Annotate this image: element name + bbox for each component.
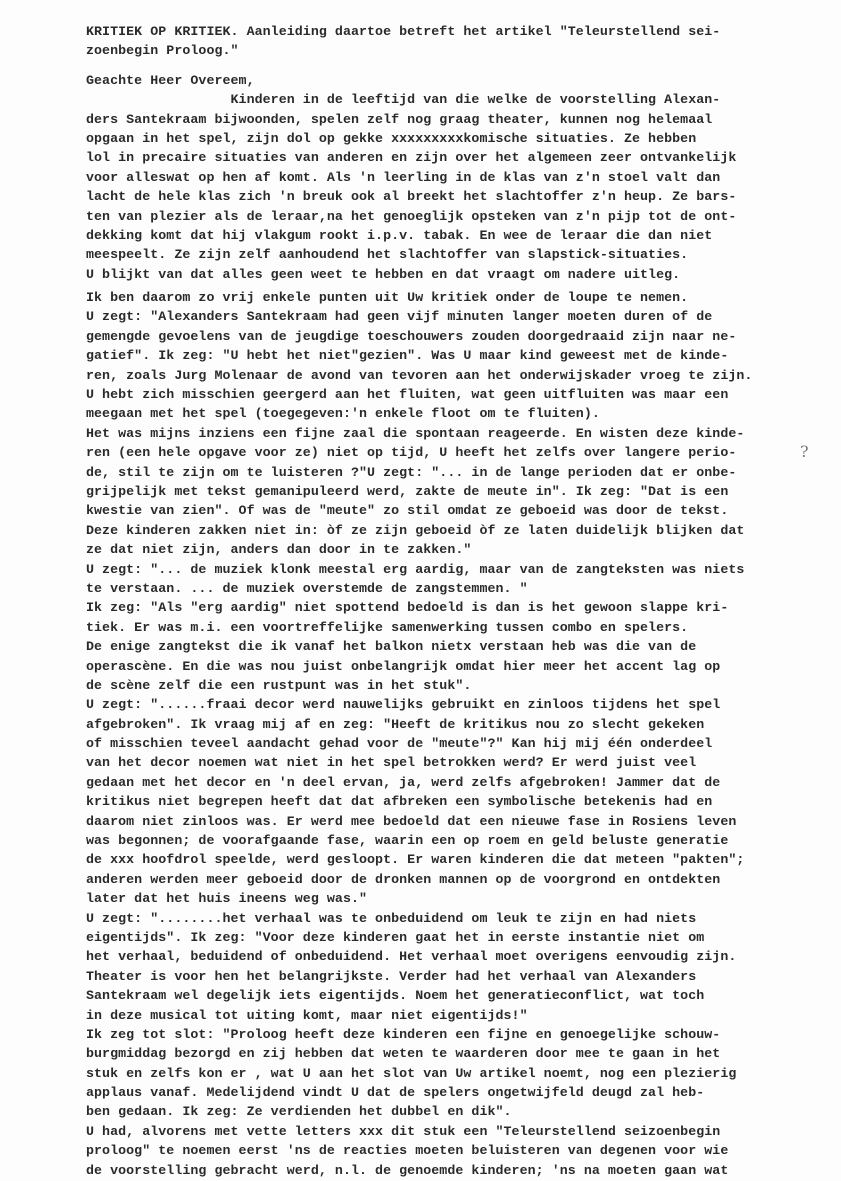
text-line: U hebt zich misschien geergerd aan het f… <box>86 385 806 404</box>
text-line: Ik zeg: "Als "erg aardig" niet spottend … <box>86 598 806 617</box>
text-line: Ik zeg tot slot: "Proloog heeft deze kin… <box>86 1025 806 1044</box>
text-line: de scène zelf die een rustpunt was in he… <box>86 676 806 695</box>
text-line: kritikus niet begrepen heeft dat dat afb… <box>86 792 806 811</box>
text-line: burgmiddag bezorgd en zij hebben dat wet… <box>86 1044 806 1063</box>
text-line: de xxx hoofdrol speelde, werd gesloopt. … <box>86 850 806 869</box>
text-line: opgaan in het spel, zijn dol op gekke xx… <box>86 129 806 148</box>
typewritten-letter: KRITIEK OP KRITIEK. Aanleiding daartoe b… <box>86 22 806 1180</box>
text-line: ren, zoals Jurg Molenaar de avond van te… <box>86 366 806 385</box>
text-line: Santekraam wel degelijk iets eigentijds.… <box>86 986 806 1005</box>
text-line: grijpelijk met tekst gemanipuleerd werd,… <box>86 482 806 501</box>
text-line: De enige zangtekst die ik vanaf het balk… <box>86 637 806 656</box>
text-line: gatief". Ik zeg: "U hebt het niet"gezien… <box>86 346 806 365</box>
text-line: U zegt: "... de muziek klonk meestal erg… <box>86 560 806 579</box>
text-line: ders Santekraam bijwoonden, spelen zelf … <box>86 110 806 129</box>
text-line: stuk en zelfs kon er , wat U aan het slo… <box>86 1064 806 1083</box>
text-line: Theater is voor hen het belangrijkste. V… <box>86 967 806 986</box>
text-line: tiek. Er was m.i. een voortreffelijke sa… <box>86 618 806 637</box>
paragraph-gap <box>86 61 806 71</box>
text-line: de, stil te zijn om te luisteren ?"U zeg… <box>86 463 806 482</box>
text-line: eigentijds". Ik zeg: "Voor deze kinderen… <box>86 928 806 947</box>
text-line: anderen werden meer geboeid door de dron… <box>86 870 806 889</box>
text-line: proloog" te noemen eerst 'ns de reacties… <box>86 1141 806 1160</box>
text-line: U zegt: "Alexanders Santekraam had geen … <box>86 307 806 326</box>
text-line: Deze kinderen zakken niet in: òf ze zijn… <box>86 521 806 540</box>
text-line: te verstaan. ... de muziek overstemde de… <box>86 579 806 598</box>
text-line: U zegt: "......fraai decor werd nauwelij… <box>86 695 806 714</box>
text-line: meegaan met het spel (toegegeven:'n enke… <box>86 404 806 423</box>
text-line: kwestie van zien". Of was de "meute" zo … <box>86 501 806 520</box>
text-line: dekking komt dat hij vlakgum rookt i.p.v… <box>86 226 806 245</box>
text-line: U blijkt van dat alles geen weet te hebb… <box>86 265 806 284</box>
text-line: ren (een hele opgave voor ze) niet op ti… <box>86 443 806 462</box>
text-line: Het was mijns inziens een fijne zaal die… <box>86 424 806 443</box>
text-line: van het decor noemen wat niet in het spe… <box>86 753 806 772</box>
text-line: U had, alvorens met vette letters xxx di… <box>86 1122 806 1141</box>
text-line: of misschien teveel aandacht gehad voor … <box>86 734 806 753</box>
text-line: lacht de hele klas zich 'n breuk ook al … <box>86 187 806 206</box>
document-page: KRITIEK OP KRITIEK. Aanleiding daartoe b… <box>0 0 841 1181</box>
text-line: meespeelt. Ze zijn zelf aanhoudend het s… <box>86 245 806 264</box>
text-line: gemengde gevoelens van de jeugdige toesc… <box>86 327 806 346</box>
text-line: Ik ben daarom zo vrij enkele punten uit … <box>86 288 806 307</box>
text-line: voor alleswat op hen af komt. Als 'n lee… <box>86 168 806 187</box>
text-line: daarom niet zinloos was. Er werd mee bed… <box>86 812 806 831</box>
text-line: Kinderen in de leeftijd van die welke de… <box>86 90 806 109</box>
text-line: het verhaal, beduidend of onbeduidend. H… <box>86 947 806 966</box>
text-line: was begonnen; de voorafgaande fase, waar… <box>86 831 806 850</box>
text-line: lol in precaire situaties van anderen en… <box>86 148 806 167</box>
text-line: ten van plezier als de leraar,na het gen… <box>86 207 806 226</box>
text-line: de voorstelling gebracht werd, n.l. de g… <box>86 1161 806 1180</box>
text-line: Geachte Heer Overeem, <box>86 71 806 90</box>
text-line: gedaan met het decor en 'n deel ervan, j… <box>86 773 806 792</box>
text-line: operascène. En die was nou juist onbelan… <box>86 657 806 676</box>
text-line: ben gedaan. Ik zeg: Ze verdienden het du… <box>86 1102 806 1121</box>
text-line: in deze musical tot uiting komt, maar ni… <box>86 1006 806 1025</box>
text-line: afgebroken". Ik vraag mij af en zeg: "He… <box>86 715 806 734</box>
text-line: applaus vanaf. Medelijdend vindt U dat d… <box>86 1083 806 1102</box>
handwritten-margin-mark: ? <box>800 442 809 461</box>
text-line: ze dat niet zijn, anders dan door in te … <box>86 540 806 559</box>
text-line: U zegt: "........het verhaal was te onbe… <box>86 909 806 928</box>
text-line: KRITIEK OP KRITIEK. Aanleiding daartoe b… <box>86 22 806 41</box>
text-line: later dat het huis ineens weg was." <box>86 889 806 908</box>
text-line: zoenbegin Proloog." <box>86 41 806 60</box>
